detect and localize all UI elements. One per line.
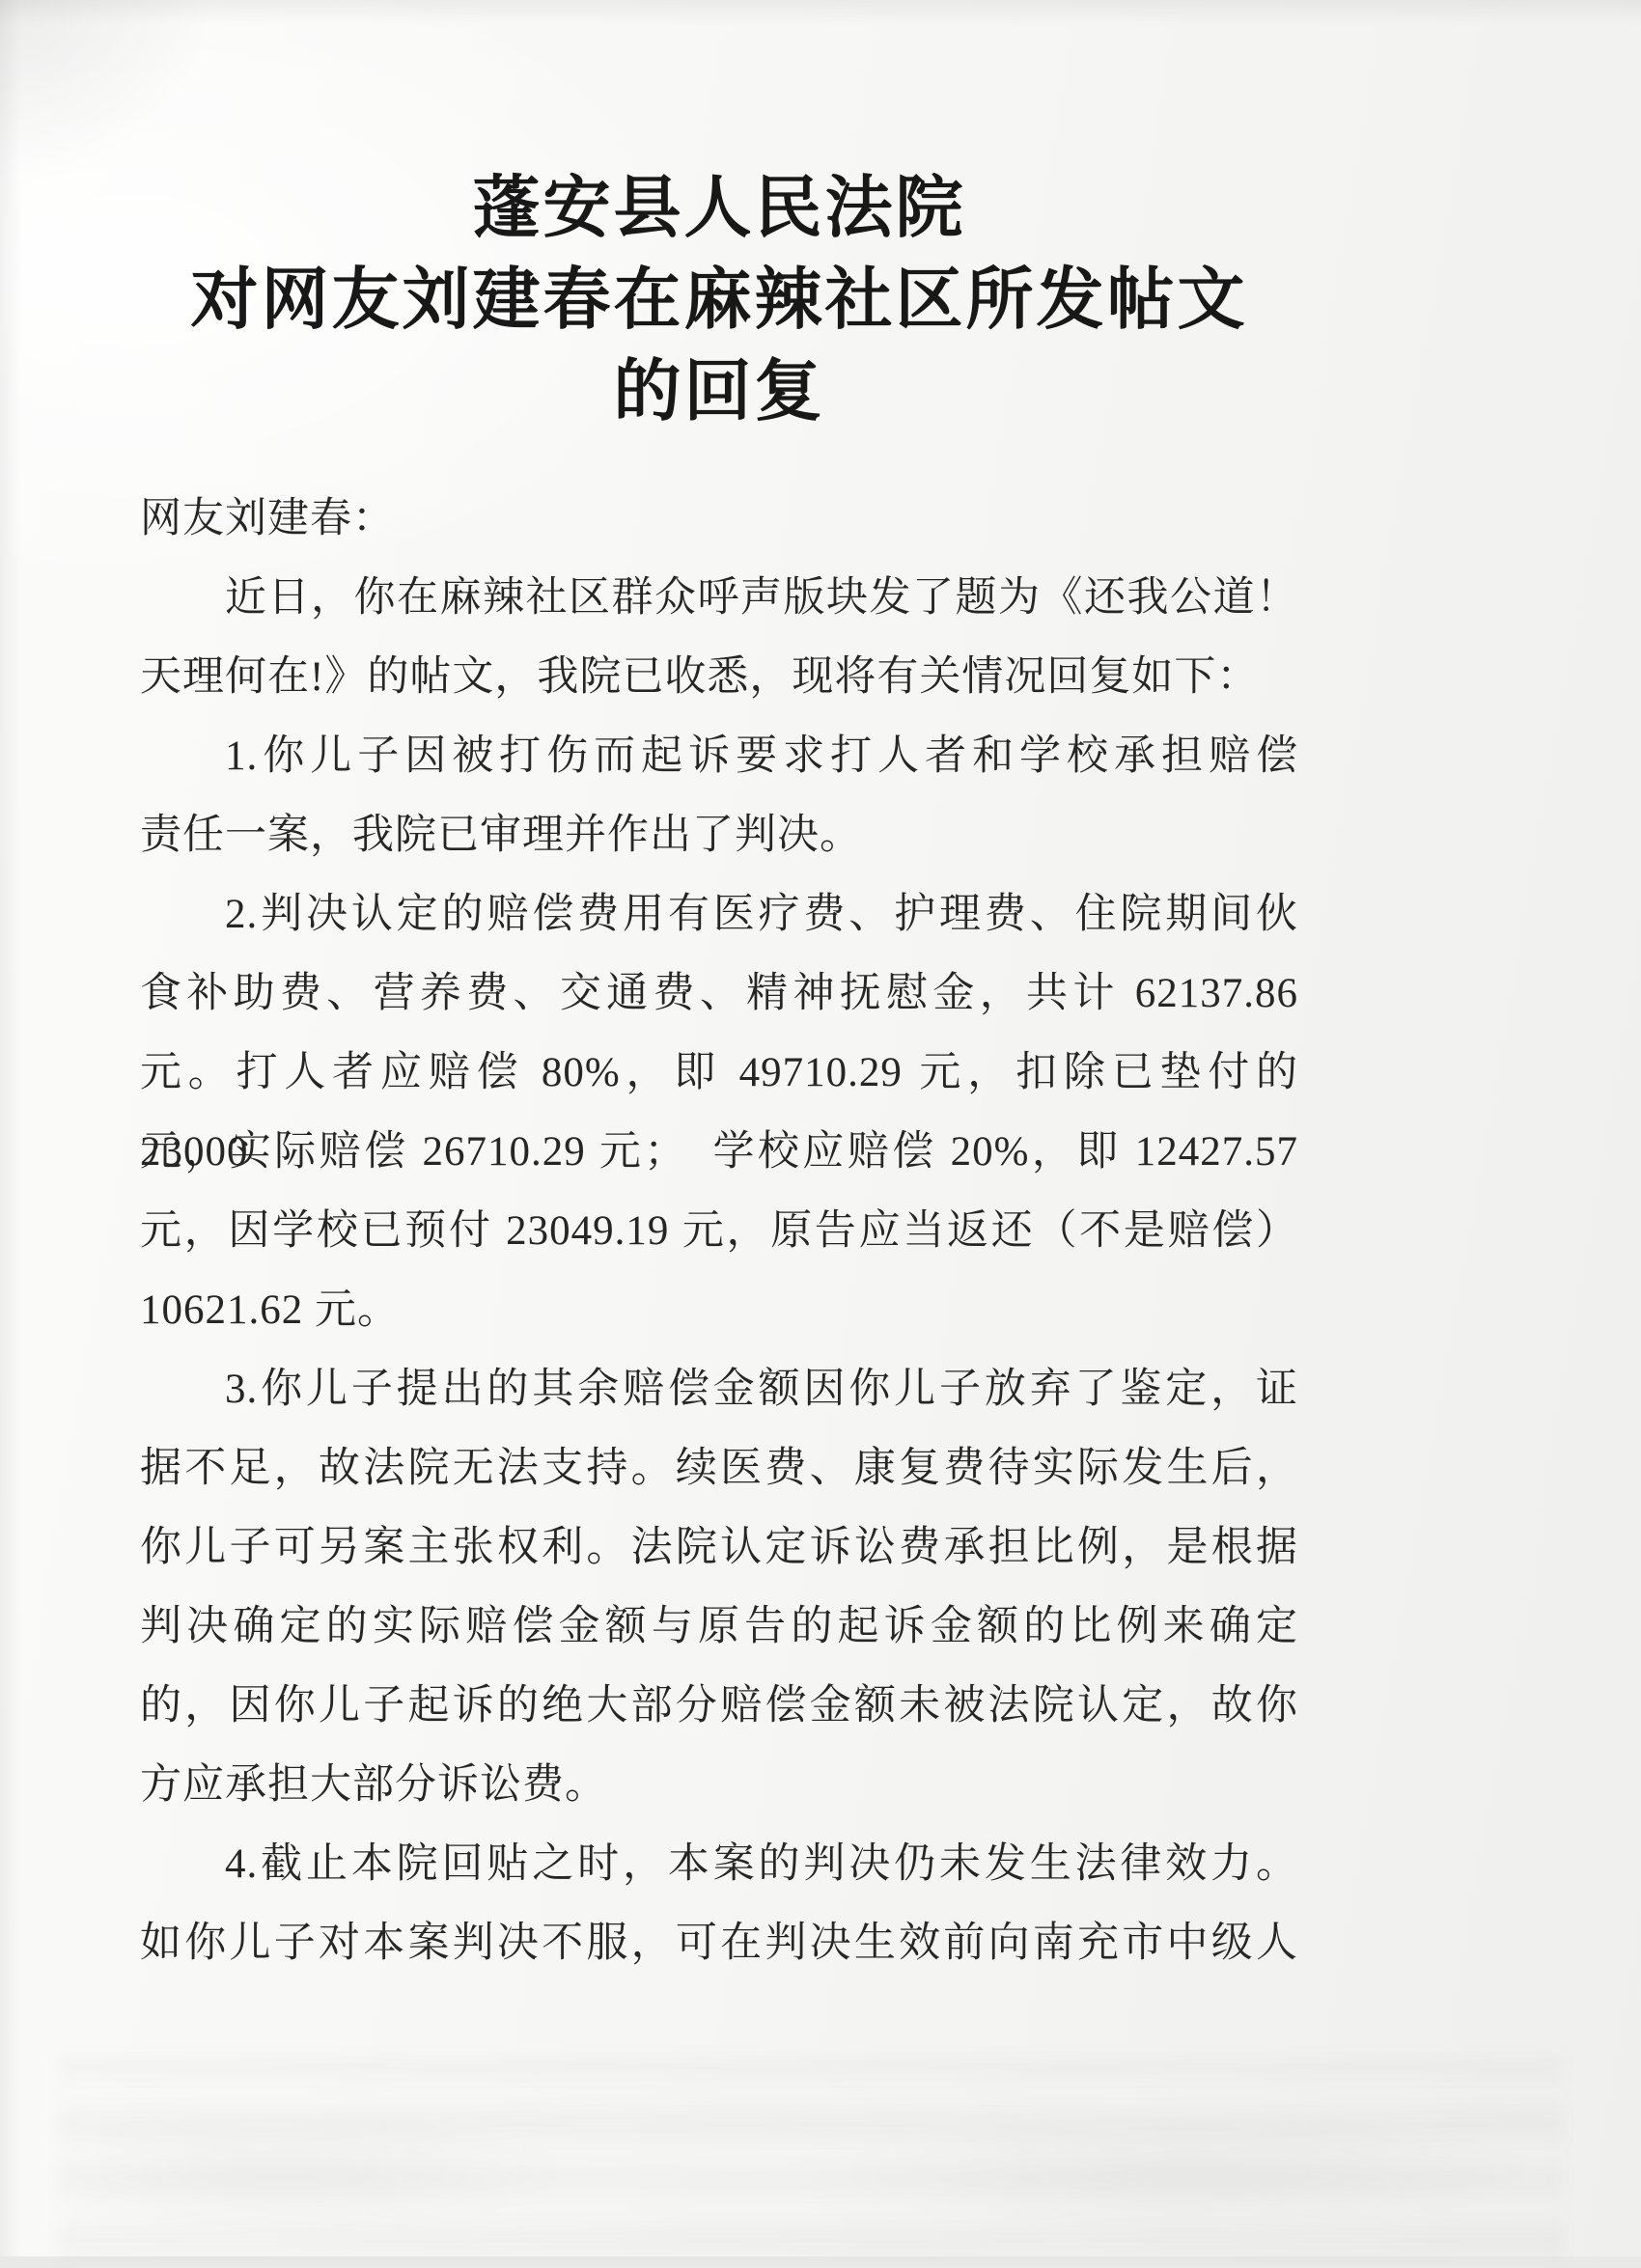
body-line: 2.判决认定的赔偿费用有医疗费、护理费、住院期间伙 <box>140 875 1298 954</box>
ink-bleed-through-artifact <box>58 2056 1564 2256</box>
scan-smudge-top-edge <box>0 0 1641 25</box>
scanned-document-page: 蓬安县人民法院 对网友刘建春在麻辣社区所发帖文 的回复 网友刘建春： 近日，你在… <box>0 0 1641 2256</box>
body-line: 4.截止本院回贴之时，本案的判决仍未发生法律效力。 <box>140 1825 1298 1904</box>
body-line: 元，因学校已预付 23049.19 元，原告应当返还（不是赔偿） <box>140 1192 1298 1271</box>
body-line: 如你儿子对本案判决不服，可在判决生效前向南充市中级人 <box>140 1904 1298 1983</box>
title-line-1: 蓬安县人民法院 <box>140 162 1298 254</box>
body-line: 你儿子可另案主张权利。法院认定诉讼费承担比例，是根据 <box>140 1508 1298 1588</box>
document-body: 网友刘建春： 近日，你在麻辣社区群众呼声版块发了题为《还我公道！天理何在!》的帖… <box>140 480 1298 1983</box>
document-title: 蓬安县人民法院 对网友刘建春在麻辣社区所发帖文 的回复 <box>140 162 1298 437</box>
document-content: 蓬安县人民法院 对网友刘建春在麻辣社区所发帖文 的回复 网友刘建春： 近日，你在… <box>140 162 1298 1983</box>
body-line: 10621.62 元。 <box>140 1271 1298 1350</box>
body-line: 元。打人者应赔偿 80%，即 49710.29 元，扣除已垫付的 23000 <box>140 1034 1298 1113</box>
body-line: 天理何在!》的帖文，我院已收悉，现将有关情况回复如下： <box>140 638 1298 717</box>
title-line-2: 对网友刘建春在麻辣社区所发帖文 <box>140 254 1298 346</box>
scan-smudge-left-edge <box>0 0 21 2256</box>
title-line-3: 的回复 <box>140 346 1298 437</box>
body-text: 近日，你在麻辣社区群众呼声版块发了题为《还我公道！天理何在!》的帖文，我院已收悉… <box>140 559 1298 1983</box>
body-line: 食补助费、营养费、交通费、精神抚慰金，共计 62137.86 <box>140 954 1298 1034</box>
body-line: 近日，你在麻辣社区群众呼声版块发了题为《还我公道！ <box>140 559 1298 638</box>
body-line: 元，实际赔偿 26710.29 元； 学校应赔偿 20%，即 12427.57 <box>140 1113 1298 1192</box>
body-line: 的，因你儿子起诉的绝大部分赔偿金额未被法院认定，故你 <box>140 1667 1298 1746</box>
body-line: 3.你儿子提出的其余赔偿金额因你儿子放弃了鉴定，证 <box>140 1350 1298 1429</box>
salutation: 网友刘建春： <box>140 480 1298 559</box>
body-line: 方应承担大部分诉讼费。 <box>140 1746 1298 1825</box>
body-line: 责任一案，我院已审理并作出了判决。 <box>140 796 1298 875</box>
body-line: 据不足，故法院无法支持。续医费、康复费待实际发生后， <box>140 1429 1298 1508</box>
body-line: 1.你儿子因被打伤而起诉要求打人者和学校承担赔偿 <box>140 717 1298 796</box>
body-line: 判决确定的实际赔偿金额与原告的起诉金额的比例来确定 <box>140 1588 1298 1667</box>
